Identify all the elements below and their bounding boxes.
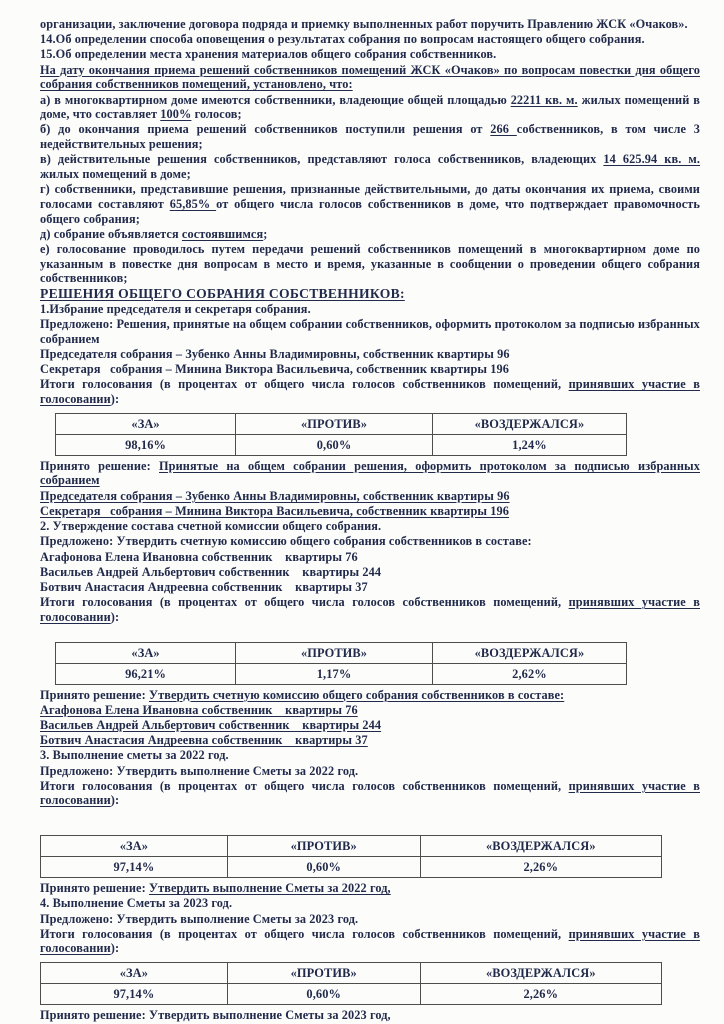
table-value-row: 97,14%0,60%2,26%	[41, 984, 662, 1005]
vote-percentage: 2,62%	[432, 663, 626, 684]
vote-option-header: «ВОЗДЕРЖАЛСЯ»	[420, 836, 661, 857]
vote-option-header: «ПРОТИВ»	[227, 836, 420, 857]
decision-q2-member-3: Ботвич Анастасия Андреевна собственник к…	[40, 733, 700, 748]
text-run: Принято решение:	[40, 688, 149, 702]
table-value-row: 96,21%1,17%2,62%	[56, 663, 627, 684]
vote-percentage: 0,60%	[236, 434, 433, 455]
text-run: ):	[111, 392, 119, 406]
text-run: Итоги голосования (в процентах от общего…	[40, 377, 569, 391]
voting-results-label-q4: Итоги голосования (в процентах от общего…	[40, 927, 700, 956]
voting-results-label-q1: Итоги голосования (в процентах от общего…	[40, 377, 700, 406]
vote-percentage: 1,24%	[432, 434, 626, 455]
table-header-row: «ЗА»«ПРОТИВ»«ВОЗДЕРЖАЛСЯ»	[41, 963, 662, 984]
text-run: 1.Избрание председателя и секретаря собр…	[40, 302, 311, 316]
text-run: На дату окончания приема решений собстве…	[40, 63, 700, 92]
vote-option-header: «ПРОТИВ»	[236, 642, 433, 663]
text-run: Васильев Андрей Альбертович собственник …	[40, 718, 381, 732]
text-run: ):	[111, 793, 119, 807]
vote-option-header: «ВОЗДЕРЖАЛСЯ»	[432, 642, 626, 663]
vote-percentage: 2,26%	[420, 984, 661, 1005]
chairman-line: Председателя собрания – Зубенко Анны Вла…	[40, 347, 700, 362]
text-run: Утвердить счетную комиссию общего собран…	[149, 688, 564, 702]
text-run: ):	[111, 610, 119, 624]
text-run: Агафонова Елена Ивановна собственник ква…	[40, 703, 358, 717]
question-3-title: 3. Выполнение сметы за 2022 год.	[40, 748, 700, 763]
text-run: б) до окончания приема решений собственн…	[40, 122, 490, 136]
question-2-title: 2. Утверждение состава счетной комиссии …	[40, 519, 700, 534]
text-run: Принято решение:	[40, 459, 159, 473]
vote-option-header: «ПРОТИВ»	[227, 963, 420, 984]
text-run: Итоги голосования (в процентах от общего…	[40, 927, 569, 941]
decision-q2-member-1: Агафонова Елена Ивановна собственник ква…	[40, 703, 700, 718]
agenda-item-14: 14.Об определении способа оповещения о р…	[40, 32, 700, 47]
fact-e: е) голосование проводилось путем передач…	[40, 242, 700, 286]
vote-percentage: 97,14%	[41, 984, 228, 1005]
intro-paragraph: организации, заключение договора подряда…	[40, 17, 700, 32]
text-run: Предложено: Утвердить выполнение Сметы з…	[40, 912, 358, 926]
vote-percentage: 1,17%	[236, 663, 433, 684]
quorum-statement: На дату окончания приема решений собстве…	[40, 63, 700, 92]
text-run: д) собрание объявляется	[40, 227, 182, 241]
question-1-proposal: Предложено: Решения, принятые на общем с…	[40, 317, 700, 346]
question-2-proposal: Предложено: Утвердить счетную комиссию о…	[40, 534, 700, 549]
decision-q2: Принято решение: Утвердить счетную комис…	[40, 688, 700, 703]
text-run: Принято решение: Утвердить выполнение См…	[40, 1008, 391, 1022]
text-run: жилых помещений в доме;	[40, 167, 191, 181]
vote-option-header: «ВОЗДЕРЖАЛСЯ»	[432, 413, 626, 434]
text-run: 14.Об определении способа оповещения о р…	[40, 32, 645, 46]
text-run: 3. Выполнение сметы за 2022 год.	[40, 748, 229, 762]
text-run: голосов;	[191, 107, 241, 121]
vote-option-header: «ЗА»	[41, 963, 228, 984]
voting-results-label-q2: Итоги голосования (в процентах от общего…	[40, 595, 700, 624]
text-run: 22211 кв. м.	[511, 93, 578, 107]
text-run: 100%	[160, 107, 191, 121]
text-run: состоявшимся	[182, 227, 263, 241]
text-run: ;	[263, 227, 267, 241]
decision-q2-member-2: Васильев Андрей Альбертович собственник …	[40, 718, 700, 733]
table-value-row: 98,16%0,60%1,24%	[56, 434, 627, 455]
fact-a: а) в многоквартирном доме имеются собств…	[40, 93, 700, 122]
commission-member-1: Агафонова Елена Ивановна собственник ква…	[40, 550, 700, 565]
text-run: РЕШЕНИЯ ОБЩЕГО СОБРАНИЯ СОБСТВЕННИКОВ:	[40, 286, 405, 301]
text-run: 266	[490, 122, 516, 136]
text-run: Васильев Андрей Альбертович собственник …	[40, 565, 381, 579]
vote-option-header: «ЗА»	[56, 413, 236, 434]
vote-percentage: 97,14%	[41, 857, 228, 878]
text-run: Председателя собрания – Зубенко Анны Вла…	[40, 489, 510, 503]
table-value-row: 97,14%0,60%2,26%	[41, 857, 662, 878]
vote-percentage: 0,60%	[227, 984, 420, 1005]
text-run: Секретаря собрания – Минина Виктора Васи…	[40, 504, 509, 518]
fact-b: б) до окончания приема решений собственн…	[40, 122, 700, 151]
fact-g: г) собственники, представившие решения, …	[40, 182, 700, 226]
text-run: 4. Выполнение Сметы за 2023 год.	[40, 896, 232, 910]
vote-option-header: «ВОЗДЕРЖАЛСЯ»	[420, 963, 661, 984]
text-run: 14 625.94 кв. м.	[603, 152, 700, 166]
text-run: а) в многоквартирном доме имеются собств…	[40, 93, 511, 107]
fact-d: д) собрание объявляется состоявшимся;	[40, 227, 700, 242]
decision-q1: Принято решение: Принятые на общем собра…	[40, 459, 700, 488]
decision-q3: Принято решение: Утвердить выполнение См…	[40, 881, 700, 896]
vote-percentage: 96,21%	[56, 663, 236, 684]
voting-results-label-q3: Итоги голосования (в процентах от общего…	[40, 779, 700, 808]
text-run: 65,85%	[170, 197, 216, 211]
table-header-row: «ЗА»«ПРОТИВ»«ВОЗДЕРЖАЛСЯ»	[41, 836, 662, 857]
voting-table-q3: «ЗА»«ПРОТИВ»«ВОЗДЕРЖАЛСЯ»97,14%0,60%2,26…	[40, 835, 662, 878]
text-run: в) действительные решения собственников,…	[40, 152, 603, 166]
decision-q4: Принято решение: Утвердить выполнение См…	[40, 1008, 700, 1023]
commission-member-3: Ботвич Анастасия Андреевна собственник к…	[40, 580, 700, 595]
text-run: Утвердить выполнение Сметы за 2022 год,	[149, 881, 391, 895]
text-run: Председателя собрания – Зубенко Анны Вла…	[40, 347, 510, 361]
decision-q1-secretary: Секретаря собрания – Минина Виктора Васи…	[40, 504, 700, 519]
table-header-row: «ЗА»«ПРОТИВ»«ВОЗДЕРЖАЛСЯ»	[56, 413, 627, 434]
voting-table-q2: «ЗА»«ПРОТИВ»«ВОЗДЕРЖАЛСЯ»96,21%1,17%2,62…	[55, 642, 627, 685]
vote-option-header: «ЗА»	[41, 836, 228, 857]
text-run: ):	[111, 941, 119, 955]
voting-table-q1: «ЗА»«ПРОТИВ»«ВОЗДЕРЖАЛСЯ»98,16%0,60%1,24…	[55, 413, 627, 456]
decisions-heading: РЕШЕНИЯ ОБЩЕГО СОБРАНИЯ СОБСТВЕННИКОВ:	[40, 287, 700, 302]
voting-table-q4: «ЗА»«ПРОТИВ»«ВОЗДЕРЖАЛСЯ»97,14%0,60%2,26…	[40, 962, 662, 1005]
text-run: Секретаря собрания – Минина Виктора Васи…	[40, 362, 509, 376]
question-3-proposal: Предложено: Утвердить выполнение Сметы з…	[40, 764, 700, 779]
vote-percentage: 0,60%	[227, 857, 420, 878]
text-run: 2. Утверждение состава счетной комиссии …	[40, 519, 381, 533]
question-1-title: 1.Избрание председателя и секретаря собр…	[40, 302, 700, 317]
text-run: е) голосование проводилось путем передач…	[40, 242, 700, 285]
vote-option-header: «ПРОТИВ»	[236, 413, 433, 434]
text-run: Предложено: Решения, принятые на общем с…	[40, 317, 700, 346]
table-header-row: «ЗА»«ПРОТИВ»«ВОЗДЕРЖАЛСЯ»	[56, 642, 627, 663]
text-run: 15.Об определении места хранения материа…	[40, 47, 496, 61]
decision-q1-chairman: Председателя собрания – Зубенко Анны Вла…	[40, 489, 700, 504]
question-4-title: 4. Выполнение Сметы за 2023 год.	[40, 896, 700, 911]
commission-member-2: Васильев Андрей Альбертович собственник …	[40, 565, 700, 580]
question-4-proposal: Предложено: Утвердить выполнение Сметы з…	[40, 912, 700, 927]
text-run: Итоги голосования (в процентах от общего…	[40, 779, 569, 793]
text-run: Предложено: Утвердить выполнение Сметы з…	[40, 764, 358, 778]
text-run: Агафонова Елена Ивановна собственник ква…	[40, 550, 358, 564]
text-run: организации, заключение договора подряда…	[40, 17, 688, 31]
text-run: Ботвич Анастасия Андреевна собственник к…	[40, 580, 368, 594]
text-run: Итоги голосования (в процентах от общего…	[40, 595, 569, 609]
fact-v: в) действительные решения собственников,…	[40, 152, 700, 181]
vote-percentage: 2,26%	[420, 857, 661, 878]
text-run: Предложено: Утвердить счетную комиссию о…	[40, 534, 532, 548]
secretary-line: Секретаря собрания – Минина Виктора Васи…	[40, 362, 700, 377]
text-run: Ботвич Анастасия Андреевна собственник к…	[40, 733, 368, 747]
vote-option-header: «ЗА»	[56, 642, 236, 663]
text-run: Принято решение:	[40, 881, 149, 895]
vote-percentage: 98,16%	[56, 434, 236, 455]
agenda-item-15: 15.Об определении места хранения материа…	[40, 47, 700, 62]
document-page: организации, заключение договора подряда…	[0, 0, 724, 1024]
